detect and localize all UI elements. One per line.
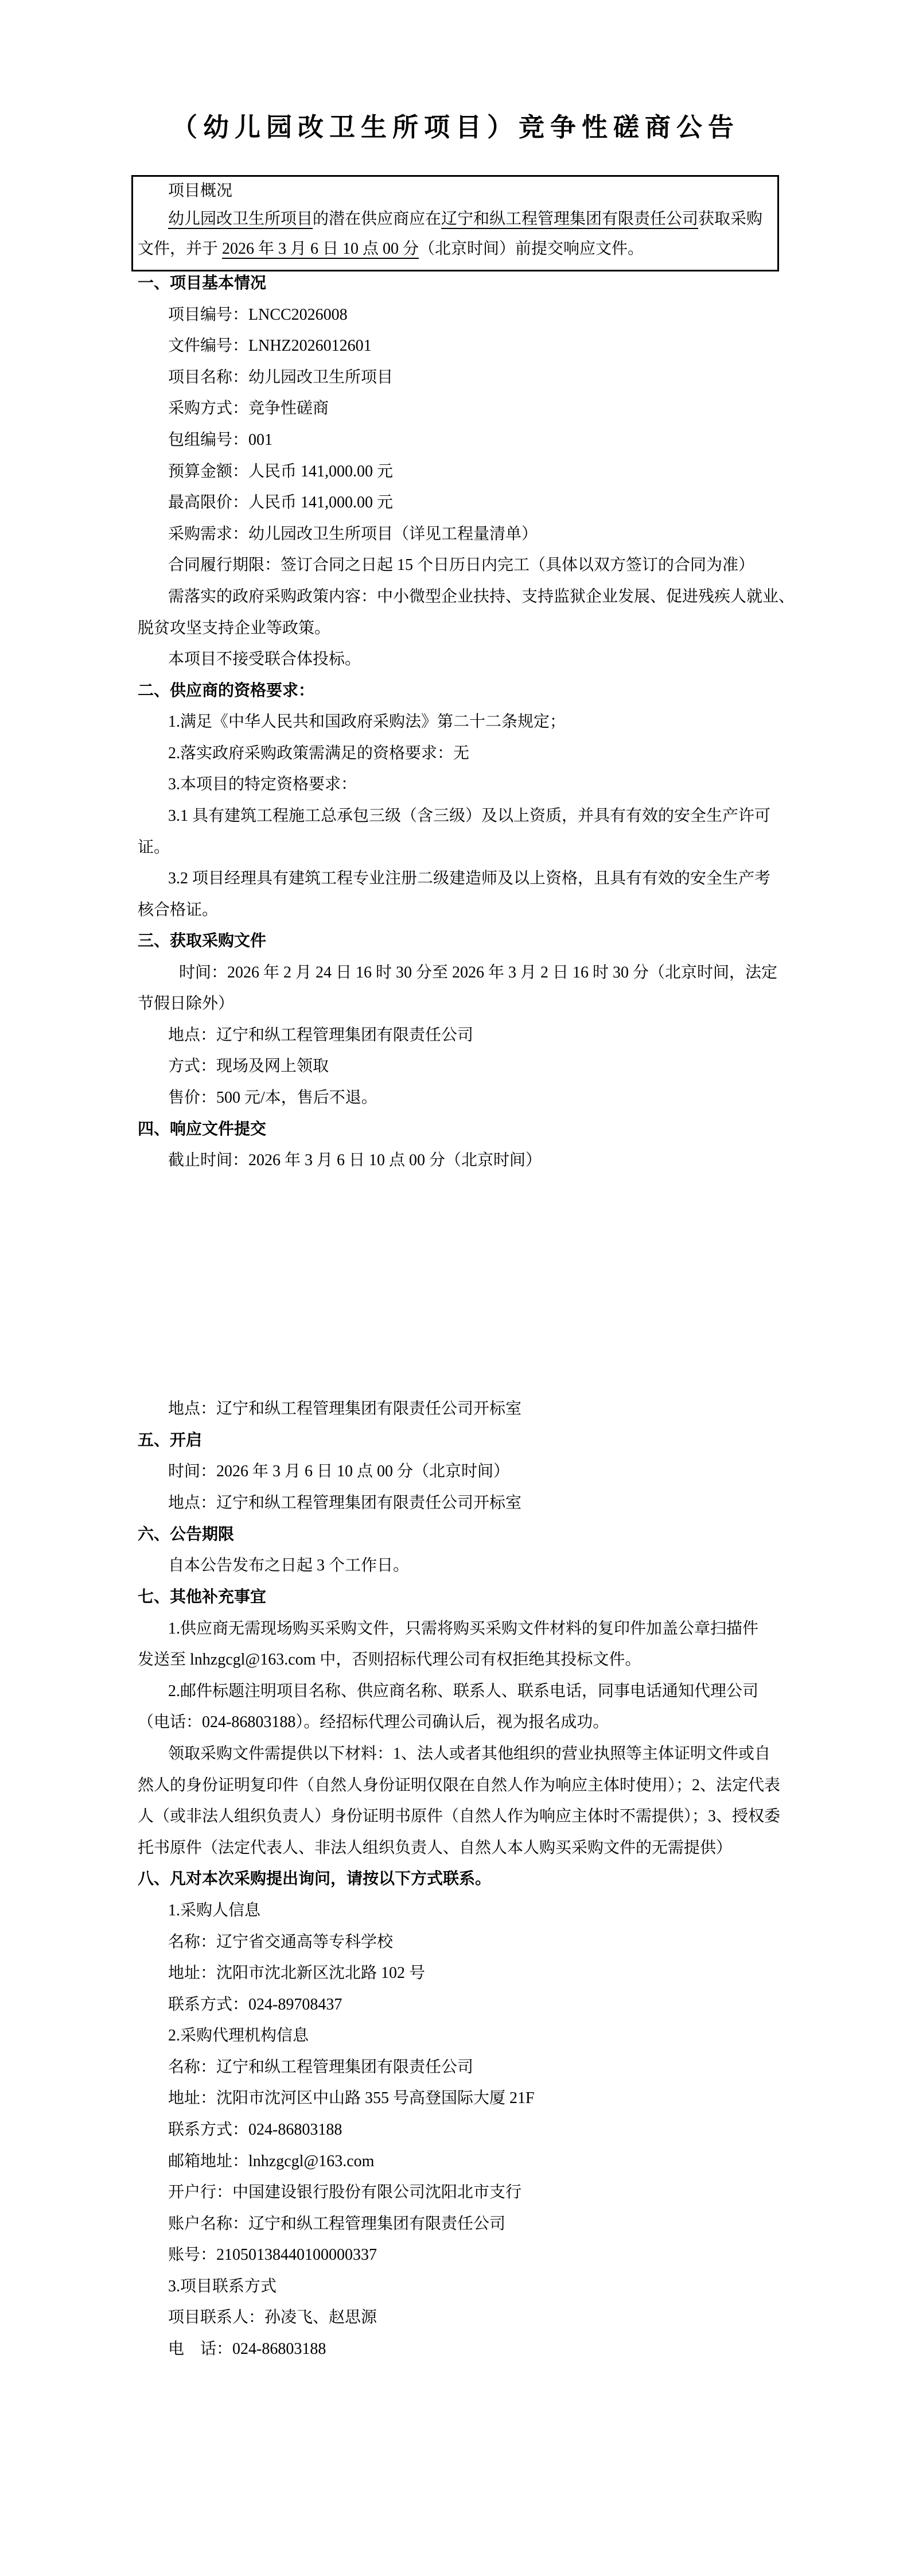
overview-box-line: 项目概况 <box>168 180 232 203</box>
doc-line: 2.落实政府采购政策需满足的资格要求：无 <box>168 742 469 765</box>
doc-line: 3.2 项目经理具有建筑工程专业注册二级建造师及以上资格，且具有有效的安全生产考 <box>168 867 770 890</box>
doc-line: 地址：沈阳市沈河区中山路 355 号高登国际大厦 21F <box>168 2087 535 2110</box>
doc-line: 文件编号：LNHZ2026012601 <box>168 335 372 358</box>
doc-line: 采购需求：幼儿园改卫生所项目（详见工程量清单） <box>168 523 538 546</box>
doc-line: 联系方式：024-86803188 <box>168 2119 342 2142</box>
doc-line: 领取采购文件需提供以下材料：1、法人或者其他组织的营业执照等主体证明文件或自 <box>168 1743 770 1766</box>
doc-line: 2.邮件标题注明项目名称、供应商名称、联系人、联系电话，同事电话通知代理公司 <box>168 1680 758 1703</box>
section-heading: 三、获取采购文件 <box>138 930 266 953</box>
doc-line: 需落实的政府采购政策内容：中小微型企业扶持、支持监狱企业发展、促进残疾人就业、 <box>168 585 795 608</box>
doc-line: 1.采购人信息 <box>168 1899 260 1922</box>
doc-line: 最高限价：人民币 141,000.00 元 <box>168 491 393 514</box>
doc-line: 项目名称：幼儿园改卫生所项目 <box>168 366 393 389</box>
doc-line: 地址：沈阳市沈北新区沈北路 102 号 <box>168 1962 425 1985</box>
section-heading: 二、供应商的资格要求： <box>138 680 314 703</box>
section-heading: 五、开启 <box>138 1429 202 1452</box>
doc-line: 截止时间：2026 年 3 月 6 日 10 点 00 分（北京时间） <box>168 1149 542 1172</box>
text-segment: （北京时间）前提交响应文件。 <box>419 240 644 258</box>
text-segment: 的潜在供应商应在 <box>313 210 441 228</box>
doc-line: 节假日除外） <box>138 992 234 1015</box>
doc-line: 名称：辽宁省交通高等专科学校 <box>168 1931 393 1954</box>
doc-line: 开户行：中国建设银行股份有限公司沈阳北市支行 <box>168 2181 521 2204</box>
text-segment: 项目概况 <box>168 182 232 200</box>
doc-line: 包组编号：001 <box>168 429 272 452</box>
doc-line: 时间：2026 年 3 月 6 日 10 点 00 分（北京时间） <box>168 1460 509 1483</box>
doc-line: 项目联系人：孙凌飞、赵思源 <box>168 2306 377 2329</box>
doc-line: 2.采购代理机构信息 <box>168 2024 309 2047</box>
doc-line: 项目编号：LNCC2026008 <box>168 304 348 327</box>
doc-line: 地点：辽宁和纵工程管理集团有限责任公司开标室 <box>168 1398 521 1421</box>
text-segment: 文件，并于 <box>138 240 222 258</box>
underlined-text: 幼儿园改卫生所项目 <box>168 210 313 228</box>
doc-line: 采购方式：竞争性磋商 <box>168 397 329 420</box>
doc-line: 自本公告发布之日起 3 个工作日。 <box>168 1554 409 1577</box>
doc-line: 合同履行期限：签订合同之日起 15 个日历日内完工（具体以双方签订的合同为准） <box>168 554 754 577</box>
underlined-text: 辽宁和纵工程管理集团有限责任公司 <box>441 210 698 228</box>
doc-line: 证。 <box>138 836 170 859</box>
section-heading: 八、凡对本次采购提出询问，请按以下方式联系。 <box>138 1868 491 1891</box>
section-heading: 七、其他补充事宜 <box>138 1586 266 1609</box>
underlined-text: 2026 年 3 月 6 日 10 点 00 分 <box>222 240 419 258</box>
doc-line: 账户名称：辽宁和纵工程管理集团有限责任公司 <box>168 2213 505 2236</box>
doc-line: 1.满足《中华人民共和国政府采购法》第二十二条规定； <box>168 711 566 734</box>
text-segment: 获取采购 <box>698 210 762 228</box>
section-heading: 一、项目基本情况 <box>138 272 266 295</box>
doc-line: 人（或非法人组织负责人）身份证明书原件（自然人作为响应主体时不需提供）；3、授权… <box>138 1805 780 1828</box>
doc-line: 电 话：024-86803188 <box>168 2338 326 2361</box>
doc-line: 1.供应商无需现场购买采购文件，只需将购买采购文件材料的复印件加盖公章扫描件 <box>168 1617 758 1640</box>
doc-line: 名称：辽宁和纵工程管理集团有限责任公司 <box>168 2056 473 2079</box>
doc-line: 脱贫攻坚支持企业等政策。 <box>138 617 330 640</box>
doc-line: 然人的身份证明复印件（自然人身份证明仅限在自然人作为响应主体时使用）；2、法定代… <box>138 1774 780 1797</box>
doc-line: （电话：024-86803188）。经招标代理公司确认后，视为报名成功。 <box>138 1711 609 1734</box>
doc-line: 账号：21050138440100000337 <box>168 2244 377 2267</box>
section-heading: 六、公告期限 <box>138 1523 234 1546</box>
doc-line: 联系方式：024-89708437 <box>168 1993 342 2016</box>
doc-line: 地点：辽宁和纵工程管理集团有限责任公司 <box>168 1024 473 1047</box>
doc-line: 预算金额：人民币 141,000.00 元 <box>168 460 393 483</box>
doc-line: 本项目不接受联合体投标。 <box>168 648 361 671</box>
doc-line: 发送至 lnhzgcgl@163.com 中，否则招标代理公司有权拒绝其投标文件… <box>138 1648 641 1671</box>
doc-line: 3.1 具有建筑工程施工总承包三级（含三级）及以上资质，并具有有效的安全生产许可 <box>168 805 770 828</box>
document-page: （幼儿园改卫生所项目）竞争性磋商公告 项目概况幼儿园改卫生所项目的潜在供应商应在… <box>0 0 911 2576</box>
doc-line: 3.项目联系方式 <box>168 2275 277 2298</box>
document-title: （幼儿园改卫生所项目）竞争性磋商公告 <box>0 112 911 142</box>
overview-box-line: 幼儿园改卫生所项目的潜在供应商应在辽宁和纵工程管理集团有限责任公司获取采购 <box>168 208 762 231</box>
doc-line: 售价：500 元/本，售后不退。 <box>168 1087 377 1109</box>
doc-line: 托书原件（法定代表人、非法人组织负责人、自然人本人购买采购文件的无需提供） <box>138 1837 732 1860</box>
doc-line: 方式：现场及网上领取 <box>168 1055 329 1078</box>
doc-line: 时间：2026 年 2 月 24 日 16 时 30 分至 2026 年 3 月… <box>179 961 777 984</box>
doc-line: 邮箱地址：lnhzgcgl@163.com <box>168 2150 374 2173</box>
overview-box-line: 文件，并于 2026 年 3 月 6 日 10 点 00 分（北京时间）前提交响… <box>138 238 644 261</box>
doc-line: 3.本项目的特定资格要求： <box>168 773 357 796</box>
section-heading: 四、响应文件提交 <box>138 1118 266 1141</box>
doc-line: 核合格证。 <box>138 899 218 922</box>
doc-line: 地点：辽宁和纵工程管理集团有限责任公司开标室 <box>168 1492 521 1515</box>
